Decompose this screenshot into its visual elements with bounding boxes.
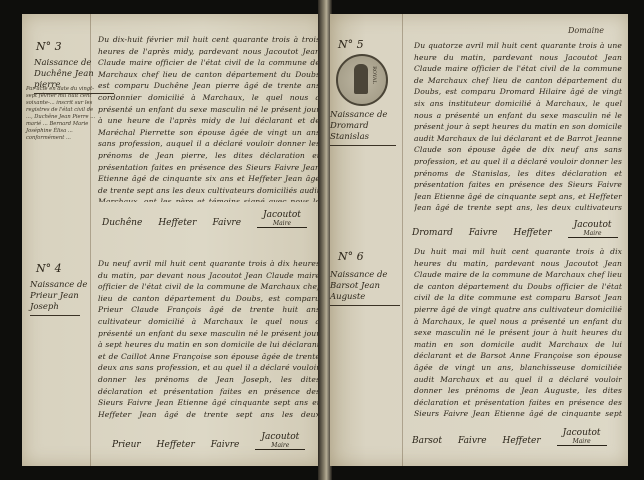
entry-body: Du dix-huit février mil huit cent quaran…: [98, 34, 320, 202]
margin-title-line: Prieur Jean Joseph: [30, 291, 79, 312]
signature: Duchêne: [102, 218, 142, 228]
entry-number: N° 5: [338, 38, 364, 51]
signature: Faivre: [212, 218, 241, 228]
entry-number: N° 6: [338, 250, 364, 263]
mayor-label: Maire: [261, 442, 299, 449]
divider: [330, 305, 400, 306]
entry-body: Du quatorze avril mil huit cent quarante…: [414, 40, 622, 214]
entry-body: Du neuf avril mil huit cent quarante tro…: [98, 258, 320, 420]
margin-title-line: Naissance de: [330, 270, 387, 280]
mayor-signature: Jacoutot Maire: [257, 210, 307, 228]
signature: Faivre: [211, 440, 240, 450]
margin-title-line: Naissance de: [30, 280, 87, 290]
divider: [30, 315, 80, 316]
entry-number: N° 3: [36, 40, 62, 53]
mayor-label: Maire: [263, 220, 301, 227]
mayor-signature: Jacoutot Maire: [568, 220, 618, 238]
signature: Dromard: [412, 228, 453, 238]
margin-title-line: Naissance de: [34, 58, 91, 68]
left-page: N° 3 Naissance de Duchêne Jean pierre Pa…: [22, 14, 324, 466]
margin-title-line: Dromard Stanislas: [330, 121, 369, 142]
entry-number: N° 4: [36, 262, 62, 275]
signature: Faivre: [458, 436, 487, 446]
signature: Jacoutot: [563, 428, 601, 438]
seal-figure-icon: [354, 64, 368, 94]
signature: Heffeter: [157, 440, 195, 450]
margin-title: Naissance de Barsot Jean Auguste: [330, 270, 408, 306]
signature-row: Barsot Faivre Heffeter Jacoutot Maire: [412, 428, 607, 446]
mayor-label: Maire: [574, 230, 612, 237]
signature: Jacoutot: [263, 210, 301, 220]
top-note: Domaine: [568, 26, 604, 35]
margin-title: Naissance de Dromard Stanislas: [330, 110, 408, 146]
signature: Jacoutot: [261, 432, 299, 442]
signature: Prieur: [112, 440, 141, 450]
signature-row: Prieur Heffeter Faivre Jacoutot Maire: [112, 432, 305, 450]
mayor-signature: Jacoutot Maire: [557, 428, 607, 446]
divider: [330, 145, 396, 146]
margin-annotation: Par acte en date du vingt-sept février m…: [26, 86, 100, 142]
signature: Heffeter: [503, 436, 541, 446]
signature: Faivre: [469, 228, 498, 238]
margin-rule: [402, 14, 403, 466]
mayor-signature: Jacoutot Maire: [255, 432, 305, 450]
signature: Heffeter: [514, 228, 552, 238]
signature: Heffeter: [158, 218, 196, 228]
stamp-text: ROYAL: [371, 66, 377, 84]
mayor-label: Maire: [563, 438, 601, 445]
signature: Barsot: [412, 436, 442, 446]
signature-row: Dromard Faivre Heffeter Jacoutot Maire: [412, 220, 618, 238]
tax-stamp-seal: ROYAL: [336, 54, 388, 106]
signature-row: Duchêne Heffeter Faivre Jacoutot Maire: [102, 210, 307, 228]
signature: Jacoutot: [574, 220, 612, 230]
margin-title-line: Barsot Jean Auguste: [330, 281, 380, 302]
right-page: Domaine N° 5 ROYAL Naissance de Dromard …: [330, 14, 628, 466]
entry-body: Du huit mai mil huit cent quarante trois…: [414, 246, 622, 420]
margin-title-line: Naissance de: [330, 110, 387, 120]
